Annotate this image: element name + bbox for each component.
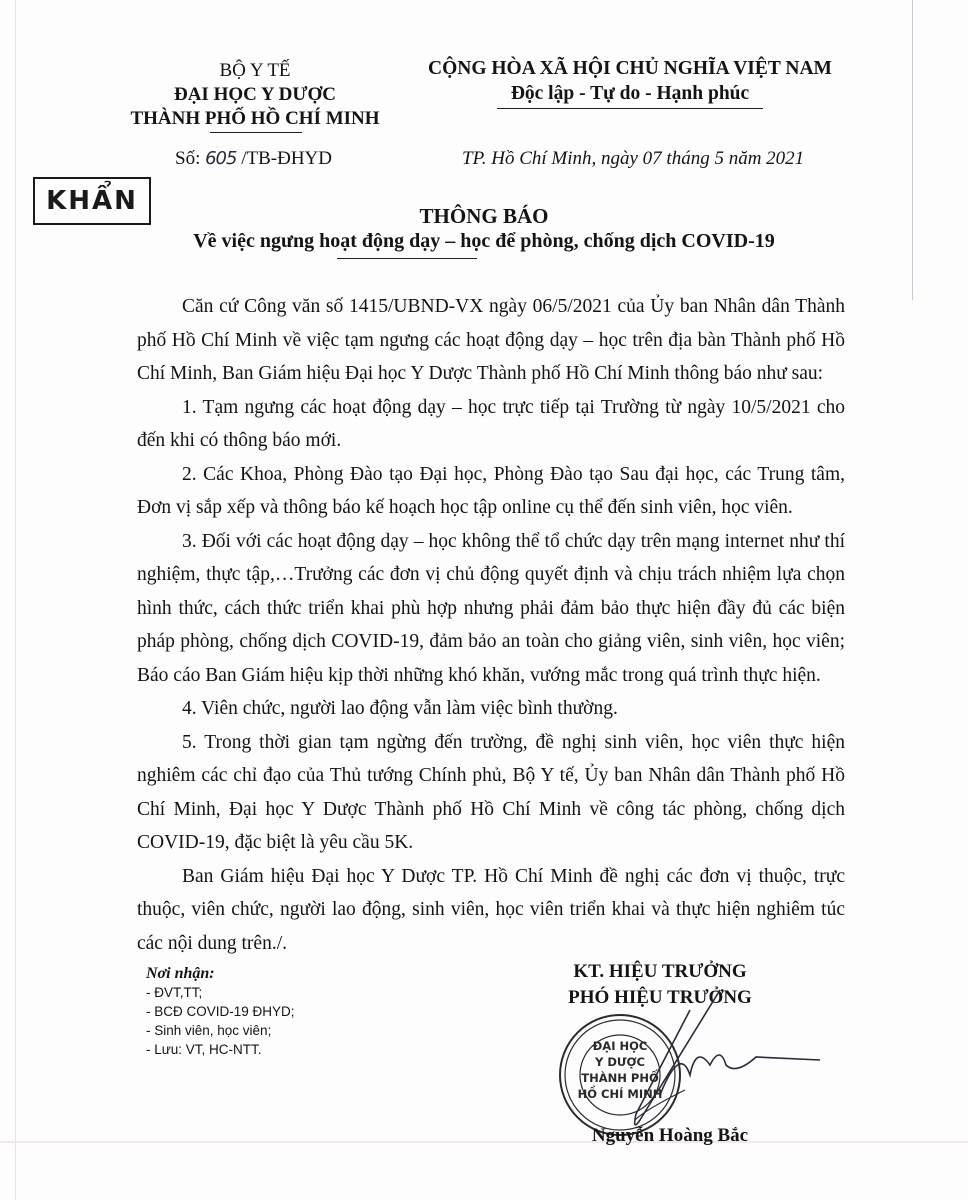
doc-number-handwritten: 605 — [205, 148, 236, 169]
body-item-5: 5. Trong thời gian tạm ngừng đến trường,… — [137, 726, 845, 860]
national-motto: Độc lập - Tự do - Hạnh phúc — [420, 83, 840, 105]
document-subtitle: Về việc ngưng hoạt động dạy – học để phò… — [0, 230, 968, 253]
body-item-2: 2. Các Khoa, Phòng Đào tạo Đại học, Phòn… — [137, 458, 845, 525]
body-item-4: 4. Viên chức, người lao động vẫn làm việ… — [137, 692, 845, 726]
doc-number-label: Số: — [175, 148, 200, 169]
issue-date: TP. Hồ Chí Minh, ngày 07 tháng 5 năm 202… — [462, 148, 804, 170]
motto-underline — [497, 108, 763, 109]
body-item-1: 1. Tạm ngưng các hoạt động dạy – học trự… — [137, 391, 845, 458]
handwritten-signature-icon — [540, 900, 840, 1150]
body-item-3: 3. Đối với các hoạt động dạy – học không… — [137, 525, 845, 693]
recipients-title: Nơi nhận: — [146, 964, 295, 983]
recipients-block: Nơi nhận: - ĐVT,TT; - BCĐ COVID-19 ĐHYD;… — [146, 964, 295, 1059]
recipient-item: - Lưu: VT, HC-NTT. — [146, 1040, 295, 1059]
document-body: Căn cứ Công văn số 1415/UBND-VX ngày 06/… — [137, 290, 845, 960]
recipient-item: - Sinh viên, học viên; — [146, 1021, 295, 1040]
signer-name: Nguyễn Hoàng Bắc — [560, 1125, 780, 1147]
body-intro: Căn cứ Công văn số 1415/UBND-VX ngày 06/… — [137, 290, 845, 391]
document-title: THÔNG BÁO — [0, 204, 968, 229]
doc-number-suffix: /TB-ĐHYD — [241, 148, 332, 169]
recipient-item: - BCĐ COVID-19 ĐHYD; — [146, 1002, 295, 1021]
scan-edge-right — [912, 0, 913, 300]
recipient-item: - ĐVT,TT; — [146, 983, 295, 1002]
country-name: CỘNG HÒA XÃ HỘI CHỦ NGHĨA VIỆT NAM — [420, 58, 840, 80]
scan-edge-left — [15, 0, 16, 1200]
document-page: BỘ Y TẾ ĐẠI HỌC Y DƯỢC THÀNH PHỐ HỒ CHÍ … — [0, 0, 968, 1200]
ministry-name: BỘ Y TẾ — [120, 60, 390, 82]
university-name-line2: THÀNH PHỐ HỒ CHÍ MINH — [120, 108, 390, 130]
header-left-underline — [210, 132, 302, 133]
document-number: Số: 605 /TB-ĐHYD — [175, 148, 332, 170]
university-name-line1: ĐẠI HỌC Y DƯỢC — [120, 84, 390, 106]
subtitle-underline — [337, 258, 477, 259]
